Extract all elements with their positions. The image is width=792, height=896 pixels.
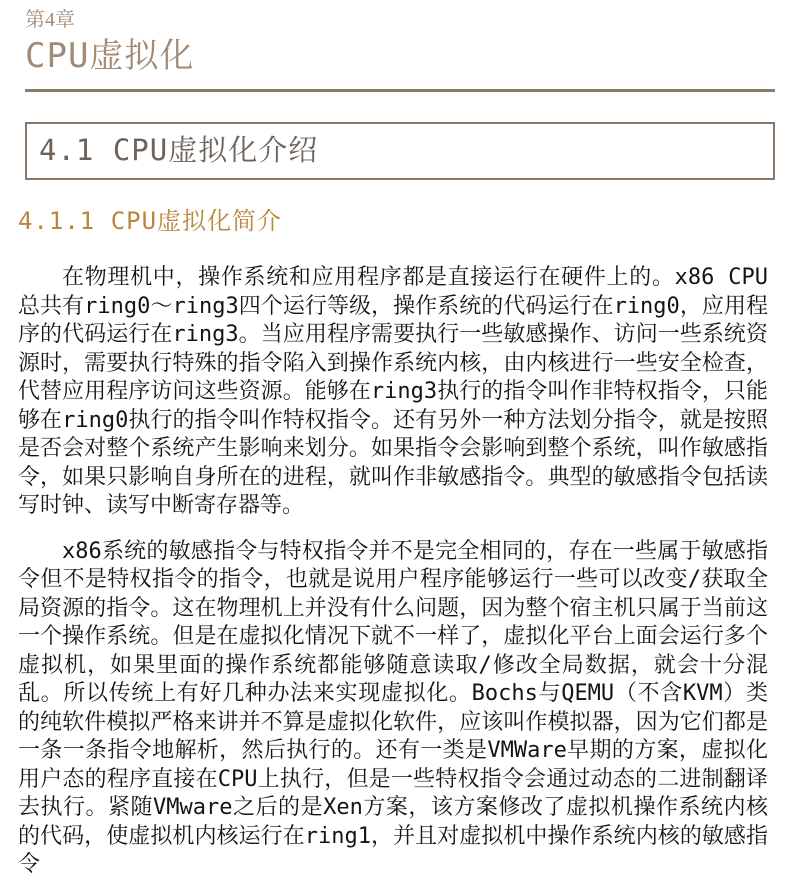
- chapter-divider: [25, 89, 775, 92]
- section-heading: 4.1 CPU虚拟化介绍: [39, 133, 761, 167]
- section-heading-box: 4.1 CPU虚拟化介绍: [25, 122, 775, 180]
- section-content: 4.1 CPU虚拟化介绍 4.1.1 CPU虚拟化简介 在物理机中，操作系统和应…: [18, 122, 768, 880]
- subsection-heading: 4.1.1 CPU虚拟化简介: [18, 206, 768, 236]
- paragraph-2: x86系统的敏感指令与特权指令并不是完全相同的，存在一些属于敏感指令但不是特权指…: [18, 538, 768, 880]
- book-page: 第4章 CPU虚拟化 4.1 CPU虚拟化介绍 4.1.1 CPU虚拟化简介 在…: [0, 0, 792, 896]
- chapter-header: 第4章 CPU虚拟化: [18, 8, 768, 92]
- chapter-label: 第4章: [25, 8, 768, 32]
- chapter-title: CPU虚拟化: [25, 36, 768, 76]
- paragraph-1: 在物理机中，操作系统和应用程序都是直接运行在硬件上的。x86 CPU总共有rin…: [18, 264, 768, 521]
